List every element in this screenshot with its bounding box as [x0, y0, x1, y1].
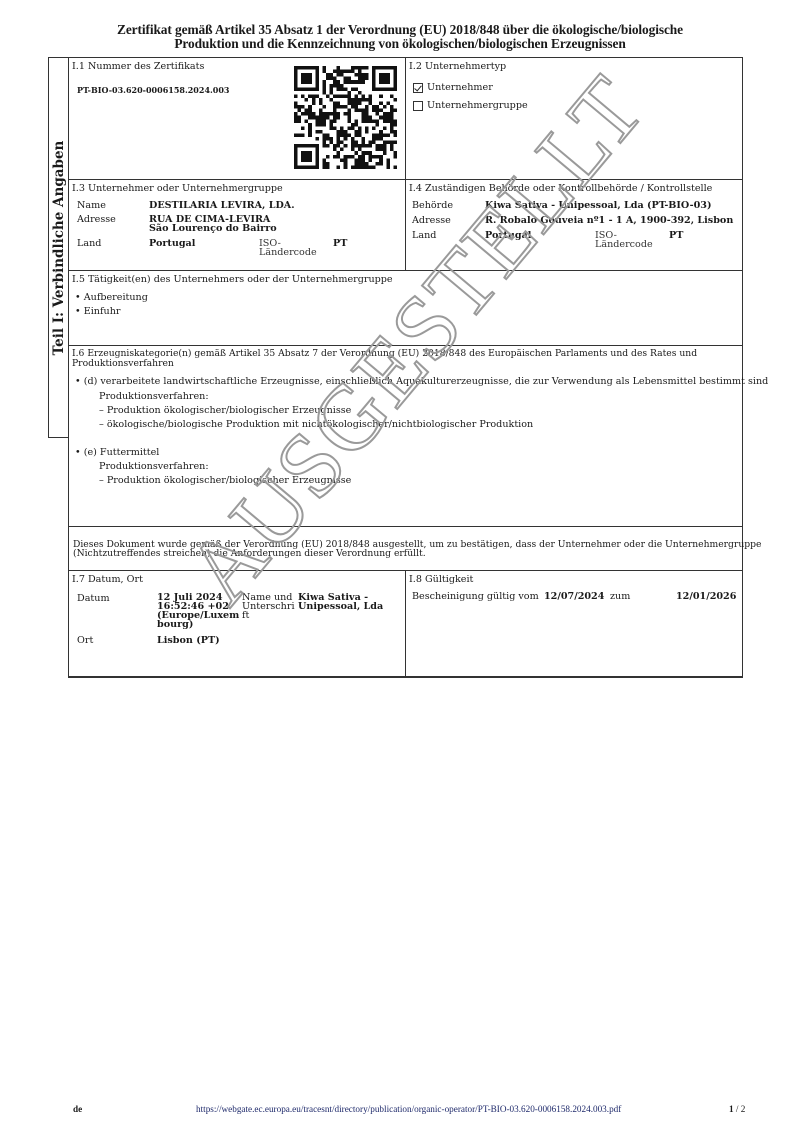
category-d-method: – Produktion ökologischer/biologischer E…: [99, 405, 351, 416]
option-unternehmergruppe[interactable]: Unternehmergruppe: [413, 100, 528, 111]
section-operator: I.3 Unternehmer oder Unternehmergruppe N…: [68, 179, 406, 271]
category-e-title: • (e) Futtermittel: [75, 447, 159, 458]
activity-item: • Aufbereitung: [75, 292, 148, 303]
section-activities: I.5 Tätigkeit(en) des Unternehmers oder …: [68, 270, 743, 346]
part-label-box: Teil I: Verbindliche Angaben: [48, 57, 69, 438]
country-label: Land: [77, 238, 101, 249]
activity-item: • Einfuhr: [75, 306, 120, 317]
iso-label-2: Ländercode: [259, 247, 317, 258]
section-header: I.1 Nummer des Zertifikats: [72, 61, 204, 72]
page-separator: /: [734, 1104, 741, 1114]
section-certificate-number: I.1 Nummer des Zertifikats PT-BIO-03.620…: [68, 57, 406, 180]
authority-address: R. Robalo Gouveia nº1 - 1 A, 1900-392, L…: [485, 215, 733, 226]
option-label: Unternehmergruppe: [427, 100, 528, 111]
section-header: I.3 Unternehmer oder Unternehmergruppe: [72, 183, 283, 194]
name-label: Name: [77, 200, 106, 211]
operator-address-line-2: São Lourenço do Bairro: [149, 223, 277, 234]
section-product-categories: I.6 Erzeugniskategorie(n) gemäß Artikel …: [68, 345, 743, 527]
document-title: Zertifikat gemäß Artikel 35 Absatz 1 der…: [40, 23, 760, 51]
valid-to-label: zum: [610, 591, 630, 602]
compliance-statement: Dieses Dokument wurde gemäß der Verordnu…: [68, 526, 743, 571]
place-label: Ort: [77, 635, 93, 646]
category-d-method-label: Produktionsverfahren:: [99, 391, 209, 402]
title-line-1: Zertifikat gemäß Artikel 35 Absatz 1 der…: [40, 23, 760, 37]
signature-label: Name und Unterschri ft: [242, 593, 295, 620]
checkbox-checked-icon[interactable]: [413, 83, 423, 93]
section-validity: I.8 Gültigkeit Bescheinigung gültig vom …: [405, 570, 743, 678]
title-line-2: Produktion und die Kennzeichnung von öko…: [40, 37, 760, 51]
footer-url-link[interactable]: https://webgate.ec.europa.eu/tracesnt/di…: [196, 1104, 621, 1114]
country-label: Land: [412, 230, 436, 241]
footer-language: de: [73, 1104, 82, 1114]
address-label: Adresse: [77, 214, 116, 225]
option-unternehmer[interactable]: Unternehmer: [413, 82, 493, 93]
section-header: I.7 Datum, Ort: [72, 574, 143, 585]
signature-value: Kiwa Sativa - Unipessoal, Lda: [298, 593, 383, 611]
section-header: I.5 Tätigkeit(en) des Unternehmers oder …: [72, 274, 393, 285]
date-line: bourg): [157, 620, 239, 629]
part-label: Teil I: Verbindliche Angaben: [51, 140, 67, 355]
date-label: Datum: [77, 593, 110, 604]
section-header: I.8 Gültigkeit: [409, 574, 473, 585]
operator-name: DESTILARIA LEVIRA, LDA.: [149, 200, 295, 211]
section-date-place: I.7 Datum, Ort Datum 12 Juli 2024 16:52:…: [68, 570, 406, 678]
section-header: I.6 Erzeugniskategorie(n) gemäß Artikel …: [72, 349, 697, 368]
iso-label-2: Ländercode: [595, 239, 653, 250]
category-d-method: – ökologische/biologische Produktion mit…: [99, 419, 533, 430]
authority-label: Behörde: [412, 200, 453, 211]
section-control-body: I.4 Zuständigen Behörde oder Kontrollbeh…: [405, 179, 743, 271]
authority-iso-code: PT: [669, 230, 683, 241]
authority-name: Kiwa Sativa - Unipessoal, Lda (PT-BIO-03…: [485, 200, 711, 211]
signature-label-line: ft: [242, 611, 295, 620]
certificate-number: PT-BIO-03.620-0006158.2024.003: [77, 85, 230, 96]
valid-from-label: Bescheinigung gültig vom: [412, 591, 539, 602]
authority-country: Portugal: [485, 230, 531, 241]
category-e-method-label: Produktionsverfahren:: [99, 461, 209, 472]
statement-line-2: (Nichtzutreffendes streichen) die Anford…: [73, 549, 426, 559]
operator-iso-code: PT: [333, 238, 347, 249]
section-header: I.2 Unternehmertyp: [409, 61, 506, 72]
place-value: Lisbon (PT): [157, 635, 220, 646]
page-total: 2: [741, 1104, 746, 1114]
valid-from-date: 12/07/2024: [544, 591, 604, 602]
option-label: Unternehmer: [427, 82, 493, 93]
category-e-method: – Produktion ökologischer/biologischer E…: [99, 475, 351, 486]
qr-code-icon[interactable]: [294, 66, 397, 169]
signature-value-line: Unipessoal, Lda: [298, 602, 383, 611]
checkbox-unchecked-icon[interactable]: [413, 101, 423, 111]
category-d-title: • (d) verarbeitete landwirtschaftliche E…: [75, 376, 768, 387]
section-header-line-2: Produktionsverfahren: [72, 359, 697, 369]
date-value: 12 Juli 2024 16:52:46 +02 (Europe/Luxem …: [157, 593, 239, 629]
signature-label-line: Unterschri: [242, 602, 295, 611]
section-operator-type: I.2 Unternehmertyp Unternehmer Unternehm…: [405, 57, 743, 180]
address-label: Adresse: [412, 215, 451, 226]
section-header: I.4 Zuständigen Behörde oder Kontrollbeh…: [409, 183, 712, 194]
operator-country: Portugal: [149, 238, 195, 249]
valid-to-date: 12/01/2026: [676, 591, 736, 602]
page-indicator: 1 / 2: [729, 1104, 745, 1114]
